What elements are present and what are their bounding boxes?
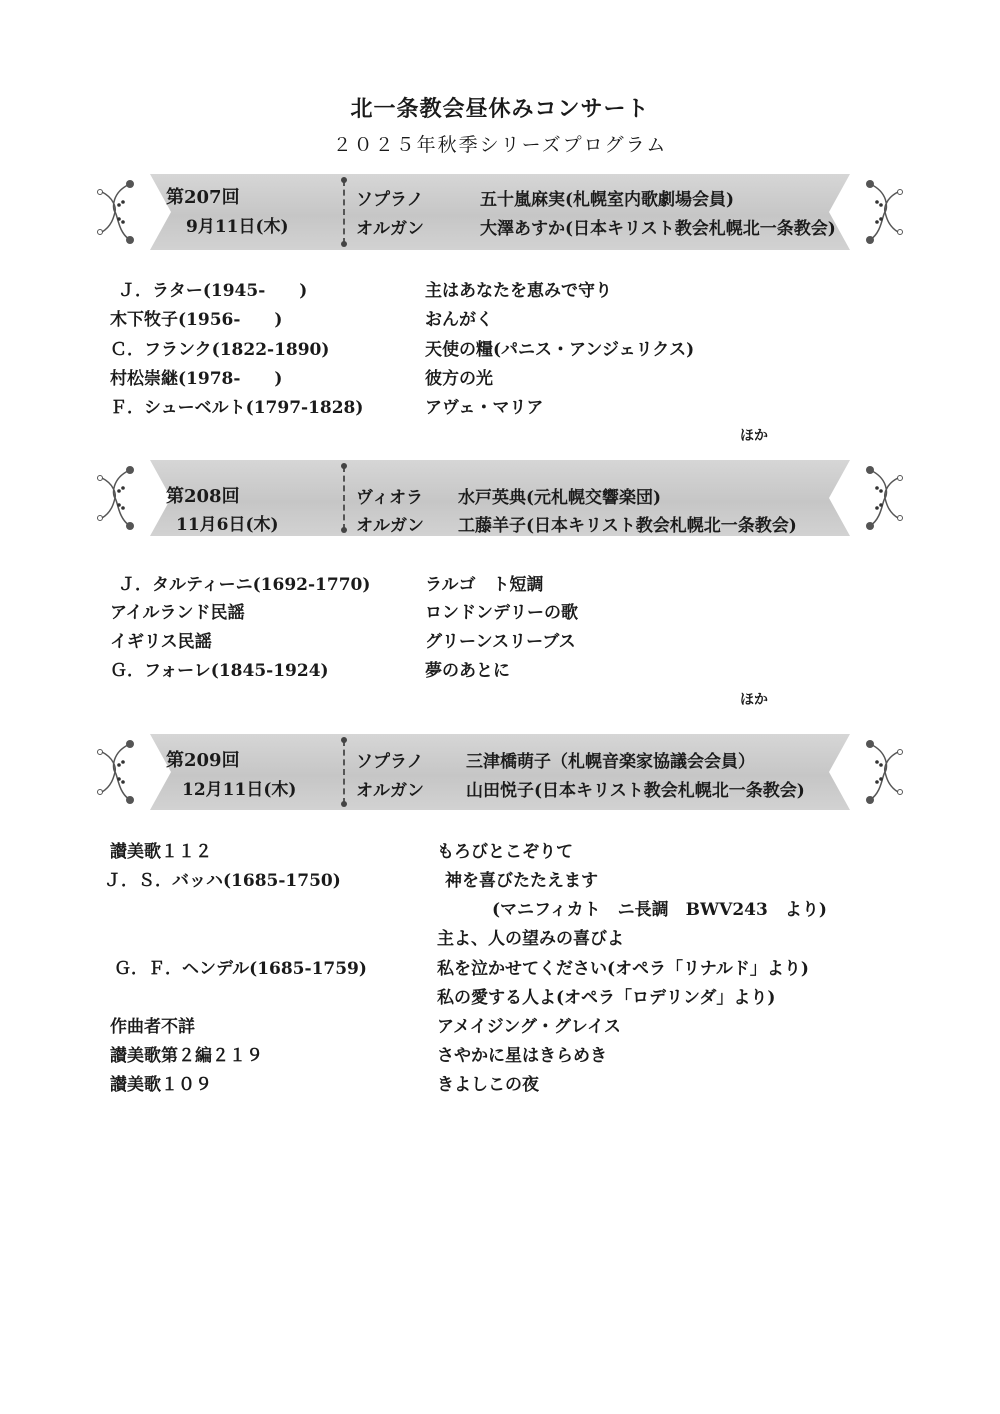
program-composer: Ｊ．タルティーニ(1692-1770) [118,570,370,595]
performer-name: 工藤羊子(日本キリスト教会札幌北一条教会) [458,511,797,536]
program-piece: アヴェ・マリア [425,393,543,418]
program-composer: Ｆ．シューベルト(1797-1828) [110,393,363,418]
concert-banner-207: 第207回 9月11日(木) ソプラノ 五十嵐麻実(札幌室内歌劇場会員) オルガ… [90,174,910,250]
concert-number: 第209回 [166,746,240,772]
banner-divider [343,466,345,530]
program-composer: 村松崇継(1978- ) [110,364,282,389]
program-piece: 私の愛する人よ(オペラ「ロデリンダ」より) [437,983,775,1008]
program-composer: イギリス民謡 [110,627,212,652]
flourish-ornament-icon [92,178,138,246]
program-piece: もろびとこぞりて [437,837,573,862]
performer-name: 三津橋萌子（札幌音楽家協議会会員） [466,747,755,772]
concert-banner-208: 第208回 11月6日(木) ヴィオラ 水戸英典(元札幌交響楽団) オルガン 工… [90,460,910,536]
program-piece: おんがく [425,305,493,330]
flourish-ornament-icon [862,464,908,532]
program-piece: 主よ、人の望みの喜びよ [437,924,624,949]
program-composer: 木下牧子(1956- ) [110,305,282,330]
program-note: ほか [740,425,768,445]
program-piece: グリーンスリーブス [425,627,576,652]
performer-role: ヴィオラ [356,483,423,508]
performer-name: 山田悦子(日本キリスト教会札幌北一条教会) [466,776,805,801]
program-note: ほか [740,689,768,709]
program-piece: 彼方の光 [425,364,493,389]
program-composer: 讃美歌１１２ [110,837,212,862]
performer-name: 五十嵐麻実(札幌室内歌劇場会員) [480,185,734,210]
performer-role: ソプラノ [356,185,424,210]
concert-date: 12月11日(木) [182,775,296,800]
program-composer: 讃美歌第２編２１９ [110,1041,263,1066]
page-subtitle: ２０２５年秋季シリーズプログラム [0,130,1000,157]
program-piece: さやかに星はきらめき [437,1041,607,1066]
program-piece: 私を泣かせてください(オペラ「リナルド」より) [437,954,809,979]
program-piece: ラルゴ ト短調 [425,570,544,595]
program-composer: Ｊ．Ｓ．バッハ(1685-1750) [104,866,341,891]
performer-name: 大澤あすか(日本キリスト教会札幌北一条教会) [480,214,836,239]
program-composer: 讃美歌１０９ [110,1070,212,1095]
program-piece: アメイジング・グレイス [437,1012,621,1037]
performer-role: オルガン [356,776,424,801]
performer-name: 水戸英典(元札幌交響楽団) [458,483,661,508]
program-piece: きよしこの夜 [437,1070,539,1095]
program-piece: 神を喜びたたえます [445,866,598,891]
page-title: 北一条教会昼休みコンサート [0,92,1000,123]
program-composer: Ｇ．Ｆ．ヘンデル(1685-1759) [114,954,367,979]
program-piece: 主はあなたを恵みで守り [425,276,612,301]
program-piece: 天使の糧(パニス・アンジェリクス) [425,335,694,360]
performer-role: ソプラノ [356,747,424,772]
flourish-ornament-icon [92,738,138,806]
program-piece-note: (マニフィカト ニ長調 BWV243 より) [492,895,827,920]
program-composer: アイルランド民謡 [110,598,244,623]
concert-date: 11月6日(木) [176,510,279,535]
banner-divider [343,740,345,804]
concert-number: 第207回 [166,183,240,209]
program-composer: Ｊ．ラター(1945- ) [118,276,307,301]
program-piece: ロンドンデリーの歌 [425,598,578,623]
concert-banner-209: 第209回 12月11日(木) ソプラノ 三津橋萌子（札幌音楽家協議会会員） オ… [90,734,910,810]
concert-number: 第208回 [166,482,240,508]
flourish-ornament-icon [862,178,908,246]
program-composer: Ｇ．フォーレ(1845-1924) [110,656,329,681]
flourish-ornament-icon [92,464,138,532]
performer-role: オルガン [356,511,424,536]
program-piece: 夢のあとに [425,656,510,681]
performer-role: オルガン [356,214,424,239]
banner-divider [343,180,345,244]
program-composer: 作曲者不詳 [110,1012,195,1037]
program-composer: Ｃ．フランク(1822-1890) [110,335,329,360]
concert-date: 9月11日(木) [186,212,289,237]
flourish-ornament-icon [862,738,908,806]
